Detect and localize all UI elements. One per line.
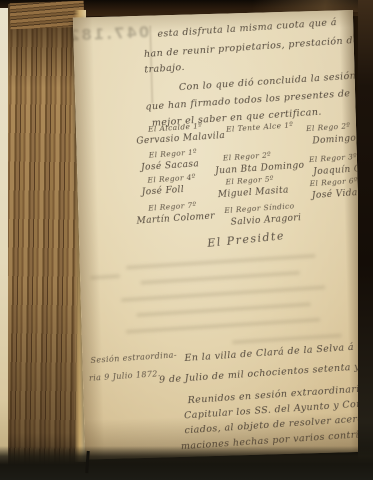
- closing-rubric: El Presidte: [207, 229, 286, 250]
- margin-note-line: Sesión estraordina-: [90, 350, 177, 365]
- handwriting-line: trabajo.: [144, 62, 185, 76]
- signature-name: Martín Colomer: [136, 211, 215, 226]
- signature-title: El Regor 5º: [225, 174, 274, 186]
- signature-name: Salvio Aragori: [230, 213, 301, 228]
- signature-title: El Regor 2º: [223, 150, 272, 162]
- signature-title: El Regor Síndico: [224, 201, 295, 215]
- signature-name: Miguel Masita: [218, 185, 289, 200]
- bleedthrough-stamp: 047.182: [77, 23, 150, 52]
- bleedthrough-line: [90, 274, 120, 280]
- photo-right-shadow: [358, 0, 373, 480]
- handwriting-line: En la villa de Clará de la Selva á: [184, 342, 354, 364]
- signature-name: José Foll: [141, 185, 184, 198]
- signature-title: El Regor 3º: [309, 152, 358, 164]
- signature-title: El Regor 1º: [148, 147, 197, 159]
- bleedthrough-line: [140, 271, 300, 285]
- table-surface-shadow: [0, 446, 373, 480]
- signature-title: El Regor 6º: [309, 176, 358, 188]
- signature-title: El Rego 2º: [306, 121, 351, 133]
- signature-name: José Vidal: [312, 188, 362, 201]
- bleedthrough-line: [126, 318, 321, 334]
- signature-title: El Regor 4º: [147, 172, 196, 184]
- signature-title: El Regor 7º: [148, 200, 197, 212]
- bleedthrough-line: [126, 254, 316, 270]
- manuscript-page: 047.182 esta disfruta la misma cuota que…: [73, 10, 365, 460]
- signature-name: José Sacasa: [141, 159, 200, 173]
- handwriting-line: esta disfruta la misma cuota que á: [157, 17, 337, 40]
- handwriting-line: 9 de Julio de mil ochocientos setenta y …: [159, 360, 365, 386]
- margin-note-line: ria 9 Julio 1872.: [89, 369, 161, 383]
- bleedthrough-line: [136, 302, 311, 317]
- fore-edge-shading: [8, 4, 84, 470]
- bleedthrough-line: [121, 285, 326, 302]
- manuscript-photo: 047.182 esta disfruta la misma cuota que…: [0, 0, 373, 480]
